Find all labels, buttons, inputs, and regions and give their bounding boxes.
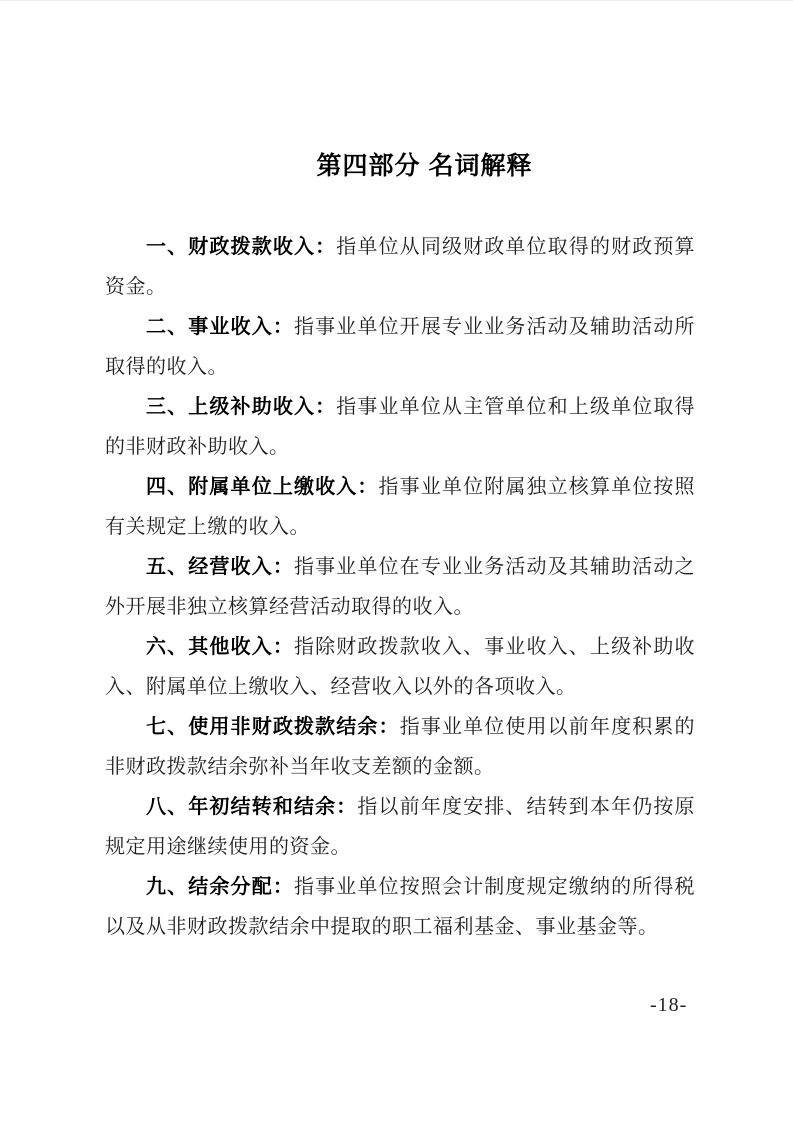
term-label: 八、年初结转和结余：: [146, 796, 357, 818]
page-number: -18-: [650, 994, 687, 1017]
term-label: 一、财政拨款收入：: [146, 236, 336, 258]
term-label: 五、经营收入：: [146, 556, 294, 578]
page-title: 第四部分 名词解释: [28, 1, 793, 185]
term-label: 六、其他收入：: [146, 636, 294, 658]
definition-paragraph: 九、结余分配：指事业单位按照会计制度规定缴纳的所得税以及从非财政拨款结余中提取的…: [105, 867, 695, 947]
document-page: 第四部分 名词解释 一、财政拨款收入：指单位从同级财政单位取得的财政预算资金。 …: [0, 0, 793, 1122]
term-label: 四、附属单位上缴收入：: [146, 476, 379, 498]
definitions-section: 一、财政拨款收入：指单位从同级财政单位取得的财政预算资金。 二、事业收入：指事业…: [105, 227, 695, 947]
term-label: 七、使用非财政拨款结余：: [146, 716, 400, 738]
term-label: 二、事业收入：: [146, 316, 294, 338]
definition-paragraph: 四、附属单位上缴收入：指事业单位附属独立核算单位按照有关规定上缴的收入。: [105, 467, 695, 547]
definition-paragraph: 六、其他收入：指除财政拨款收入、事业收入、上级补助收入、附属单位上缴收入、经营收…: [105, 627, 695, 707]
definition-paragraph: 八、年初结转和结余：指以前年度安排、结转到本年仍按原规定用途继续使用的资金。: [105, 787, 695, 867]
term-label: 三、上级补助收入：: [146, 396, 336, 418]
definition-paragraph: 二、事业收入：指事业单位开展专业业务活动及辅助活动所取得的收入。: [105, 307, 695, 387]
definition-paragraph: 三、上级补助收入：指事业单位从主管单位和上级单位取得的非财政补助收入。: [105, 387, 695, 467]
definition-paragraph: 一、财政拨款收入：指单位从同级财政单位取得的财政预算资金。: [105, 227, 695, 307]
definition-paragraph: 五、经营收入：指事业单位在专业业务活动及其辅助活动之外开展非独立核算经营活动取得…: [105, 547, 695, 627]
definition-paragraph: 七、使用非财政拨款结余：指事业单位使用以前年度积累的非财政拨款结余弥补当年收支差…: [105, 707, 695, 787]
term-label: 九、结余分配：: [146, 876, 294, 898]
